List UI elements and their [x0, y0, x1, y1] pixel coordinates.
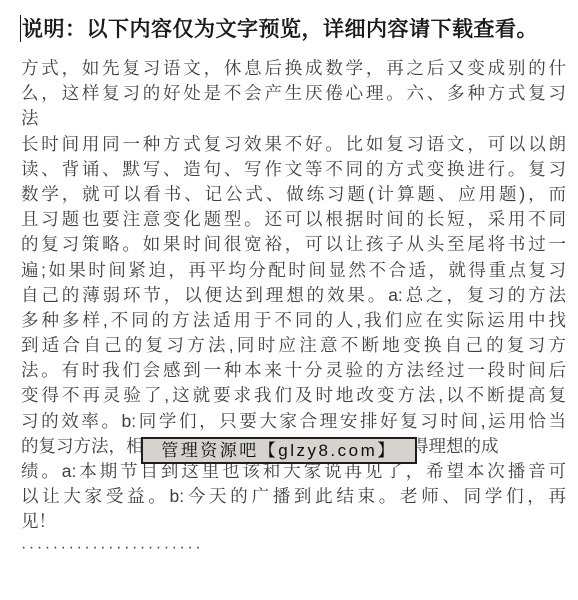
ellipsis-row: ······················· — [21, 535, 566, 560]
text-line: 多种多样,不同的方法适用于不同的人,我们应在实际运用中找 — [21, 308, 566, 333]
text-cursor — [20, 15, 21, 42]
preview-notice: 说明：以下内容仅为文字预览，详细内容请下载查看。 — [22, 13, 538, 43]
text-line: 法 — [21, 106, 566, 131]
text-line: 自己的薄弱环节，以便达到理想的效果。a:总之，复习的方法 — [21, 283, 566, 308]
text-line: 见！ — [21, 509, 566, 534]
obscured-line-start: 的复习方法，相 — [21, 434, 144, 459]
text-line: 数学，就可以看书、记公式、做练习题(计算题、应用题)，而 — [21, 182, 566, 207]
watermark-badge: 管理资源吧【glzy8.com】 — [141, 437, 417, 464]
text-line: 读、背诵、默写、造句、写作文等不同的方式变换进行。复习 — [21, 157, 566, 182]
text-line: 习的效率。b:同学们，只要大家合理安排好复习时间,运用恰当 — [21, 409, 566, 434]
document-body: 方式，如先复习语文，休息后换成数学，再之后又变成别的什 么，这样复习的好处是不会… — [21, 56, 566, 560]
text-line: 长时间用同一种方式复习效果不好。比如复习语文，可以以朗 — [21, 132, 566, 157]
text-line: 以让大家受益。b:今天的广播到此结束。老师、同学们，再 — [21, 484, 566, 509]
document-preview-page: 说明：以下内容仅为文字预览，详细内容请下载查看。 方式，如先复习语文，休息后换成… — [0, 0, 578, 600]
text-line: 到适合自己的复习方法,同时应注意不断地变换自己的复习方 — [21, 333, 566, 358]
text-line: 法。有时我们会感到一种本来十分灵验的方法经过一段时间后 — [21, 358, 566, 383]
text-line: 且习题也要注意变化题型。还可以根据时间的长短，采用不同 — [21, 207, 566, 232]
text-line: 么，这样复习的好处是不会产生厌倦心理。六、多种方式复习 — [21, 81, 566, 106]
text-line: 方式，如先复习语文，休息后换成数学，再之后又变成别的什 — [21, 56, 566, 81]
text-line: 遍;如果时间紧迫，再平均分配时间显然不合适，就得重点复习 — [21, 258, 566, 283]
text-line: 的复习策略。如果时间很宽裕，可以让孩子从头至尾将书过一 — [21, 232, 566, 257]
obscured-line-end: 得理想的成 — [411, 434, 499, 459]
text-line: 变得不再灵验了,这就要求我们及时地改变方法,以不断提高复 — [21, 383, 566, 408]
